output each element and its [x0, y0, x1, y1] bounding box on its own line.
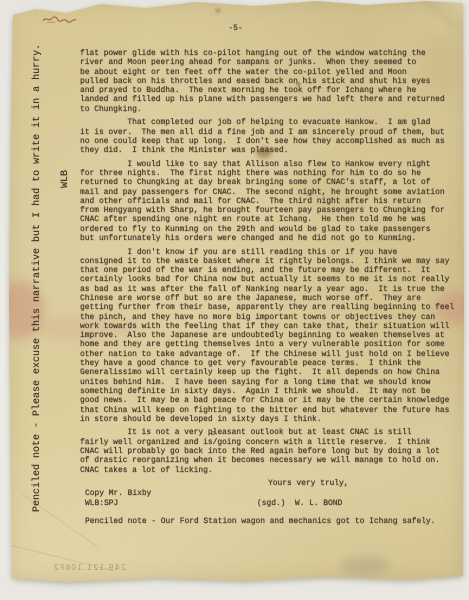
- foxing-dot-top: [215, 8, 221, 13]
- margin-note-text: Penciled note - Please excuse this narra…: [32, 44, 43, 512]
- handwritten-insertion-mark: a: [211, 429, 215, 437]
- scanned-letter-page: -5- flat power glide with his co-pilot h…: [0, 0, 469, 600]
- page-number: -5-: [6, 24, 465, 33]
- paragraph-1: flat power glide with his co-pilot hangi…: [80, 49, 454, 114]
- paragraph-2: That completed our job of helping to eva…: [80, 118, 454, 155]
- letter-body: flat power glide with his co-pilot hangi…: [80, 49, 454, 479]
- gray-smudge-bottom: [340, 556, 390, 576]
- paper-sheet: -5- flat power glide with his co-pilot h…: [6, 0, 465, 583]
- margin-note: Penciled note - Please excuse this narra…: [17, 90, 101, 560]
- paragraph-3: I would like to say that Allison also fl…: [80, 160, 454, 244]
- penciled-note-line: Penciled note - Our Ford Station wagon a…: [85, 517, 435, 526]
- signature-line: (sgd.) W. L. BOND: [257, 499, 342, 508]
- paragraph-4: I don't know if you are still reading th…: [80, 248, 454, 425]
- paragraph-5: It is not a very pleasant outlook but at…: [80, 428, 454, 474]
- pencil-accession-mark: 249.121.106F2: [16, 563, 126, 572]
- valediction: Yours very truly,: [268, 479, 349, 488]
- margin-note-initials: WLB: [59, 90, 73, 188]
- paper-shadow-wrap: -5- flat power glide with his co-pilot h…: [0, 0, 469, 600]
